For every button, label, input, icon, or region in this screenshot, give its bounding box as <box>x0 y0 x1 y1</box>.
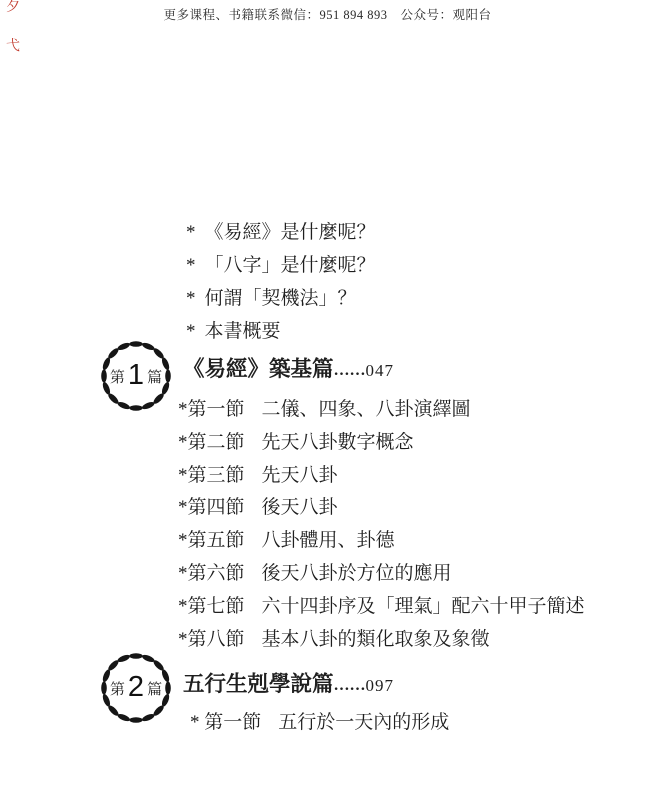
badge-number: 1 <box>127 359 145 394</box>
badge-suffix: 篇 <box>147 678 162 699</box>
section-item: *第四節後天八卦 <box>178 492 585 525</box>
section-title: 六十四卦序及「理氣」配六十甲子簡述 <box>262 596 585 617</box>
section-label: *第三節 <box>178 460 245 493</box>
intro-item-text: 「八字」是什麼呢？ <box>205 255 376 276</box>
book-contents-page: 更多课程、书籍联系微信：951 894 893 公众号：观阳台 夕 弋 *《易經… <box>0 0 655 798</box>
list-item: *「八字」是什麼呢？ <box>186 249 376 282</box>
section-label: *第一節 <box>178 394 245 427</box>
section-item: *第三節先天八卦 <box>178 460 585 493</box>
asterisk-marker: * <box>186 249 196 282</box>
list-item: *《易經》是什麼呢？ <box>186 216 376 249</box>
seller-contact-note: 更多课程、书籍联系微信：951 894 893 公众号：观阳台 <box>0 5 655 23</box>
page-number: 047 <box>366 361 395 380</box>
asterisk-marker: * <box>186 282 196 315</box>
badge-number: 2 <box>127 671 145 706</box>
intro-item-text: 何謂「契機法」？ <box>205 288 357 309</box>
part-2-section-list: * 第一節五行於一天內的形成 <box>190 706 449 739</box>
part-2-badge: 第 2 篇 <box>97 649 175 727</box>
asterisk-marker: * <box>186 315 196 348</box>
section-item: * 第一節五行於一天內的形成 <box>190 706 449 739</box>
intro-question-list: *《易經》是什麼呢？ *「八字」是什麼呢？ *何謂「契機法」？ *本書概要 <box>186 216 376 348</box>
section-label: *第五節 <box>178 525 245 558</box>
section-item: *第八節基本八卦的類化取象及象徵 <box>178 624 585 657</box>
section-item: *第五節八卦體用、卦德 <box>178 525 585 558</box>
leader-dots: …… <box>334 362 366 379</box>
section-title: 先天八卦 <box>262 465 338 486</box>
page-number: 097 <box>366 676 395 695</box>
leader-dots: …… <box>334 677 366 694</box>
badge-prefix: 第 <box>110 366 125 387</box>
chapter-title: 五行生剋學說篇 <box>183 672 334 696</box>
part-1-badge-label: 第 1 篇 <box>97 337 175 415</box>
part-2-heading: 五行生剋學說篇……097 <box>183 667 394 703</box>
chapter-title: 《易經》築基篇 <box>183 357 334 381</box>
part-2-badge-label: 第 2 篇 <box>97 649 175 727</box>
section-label: *第八節 <box>178 624 245 657</box>
red-stamp-mark-1: 夕 <box>6 1 20 15</box>
section-item: *第六節後天八卦於方位的應用 <box>178 558 585 591</box>
section-label: * 第一節 <box>190 706 261 739</box>
section-title: 八卦體用、卦德 <box>262 530 395 551</box>
section-label: *第四節 <box>178 492 245 525</box>
section-title: 先天八卦數字概念 <box>262 432 414 453</box>
section-title: 後天八卦 <box>262 497 338 518</box>
section-title: 後天八卦於方位的應用 <box>262 563 452 584</box>
section-label: *第六節 <box>178 558 245 591</box>
section-title: 二儀、四象、八卦演繹圖 <box>262 399 471 420</box>
part-1-section-list: *第一節二儀、四象、八卦演繹圖 *第二節先天八卦數字概念 *第三節先天八卦 *第… <box>178 394 585 656</box>
badge-suffix: 篇 <box>147 366 162 387</box>
badge-prefix: 第 <box>110 678 125 699</box>
asterisk-marker: * <box>186 216 196 249</box>
section-item: *第七節六十四卦序及「理氣」配六十甲子簡述 <box>178 591 585 624</box>
intro-item-text: 《易經》是什麼呢？ <box>205 222 376 243</box>
part-1-heading: 《易經》築基篇……047 <box>183 352 394 388</box>
section-title: 五行於一天內的形成 <box>278 712 449 733</box>
section-label: *第七節 <box>178 591 245 624</box>
part-1-badge: 第 1 篇 <box>97 337 175 415</box>
section-label: *第二節 <box>178 427 245 460</box>
intro-item-text: 本書概要 <box>205 321 281 342</box>
list-item: *本書概要 <box>186 315 376 348</box>
section-title: 基本八卦的類化取象及象徵 <box>262 629 490 650</box>
red-stamp-mark-2: 弋 <box>6 40 20 54</box>
section-item: *第二節先天八卦數字概念 <box>178 427 585 460</box>
list-item: *何謂「契機法」？ <box>186 282 376 315</box>
section-item: *第一節二儀、四象、八卦演繹圖 <box>178 394 585 427</box>
